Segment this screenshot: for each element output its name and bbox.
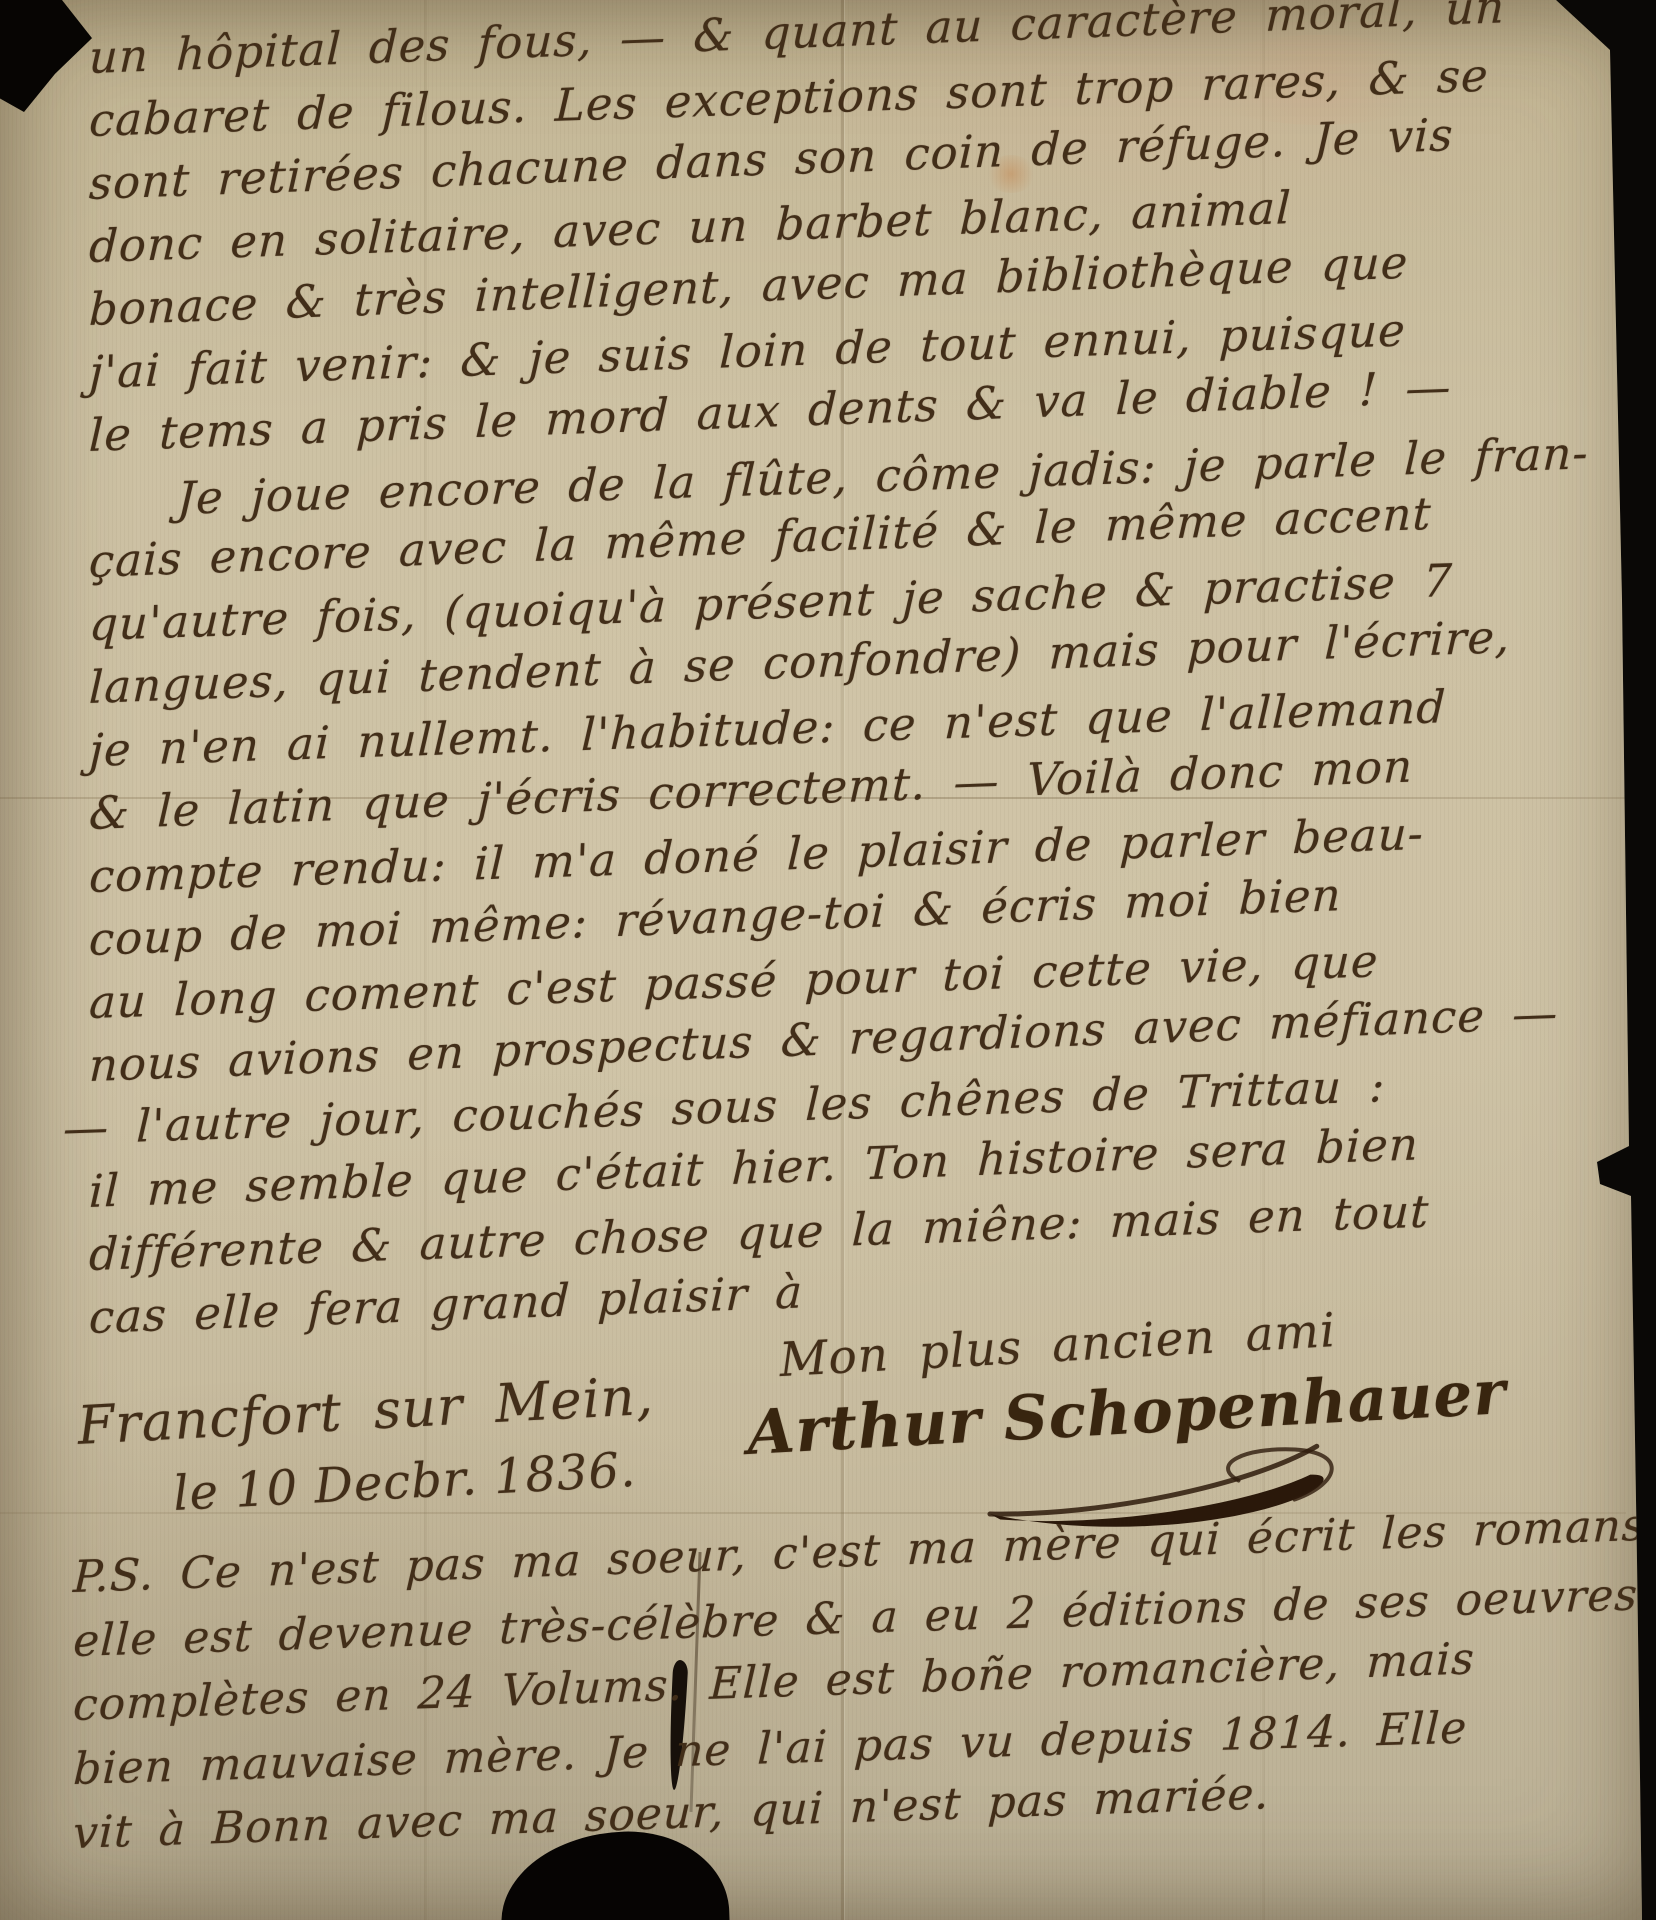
dateline-block: Francfort sur Mein, le 10 Decbr. 1836.	[76, 1366, 659, 1527]
scan-background: un hôpital des fous, — & quant au caract…	[0, 0, 1656, 1920]
dateline-date: le 10 Decbr. 1836.	[172, 1441, 659, 1522]
letter-paper: un hôpital des fous, — & quant au caract…	[0, 0, 1656, 1920]
postscript-block: P.S. Ce n'est pas ma soeur, c'est ma mèr…	[72, 1546, 1592, 1866]
letter-body: un hôpital des fous, — & quant au caract…	[88, 26, 1568, 1349]
dateline-place: Francfort sur Mein,	[76, 1366, 655, 1457]
